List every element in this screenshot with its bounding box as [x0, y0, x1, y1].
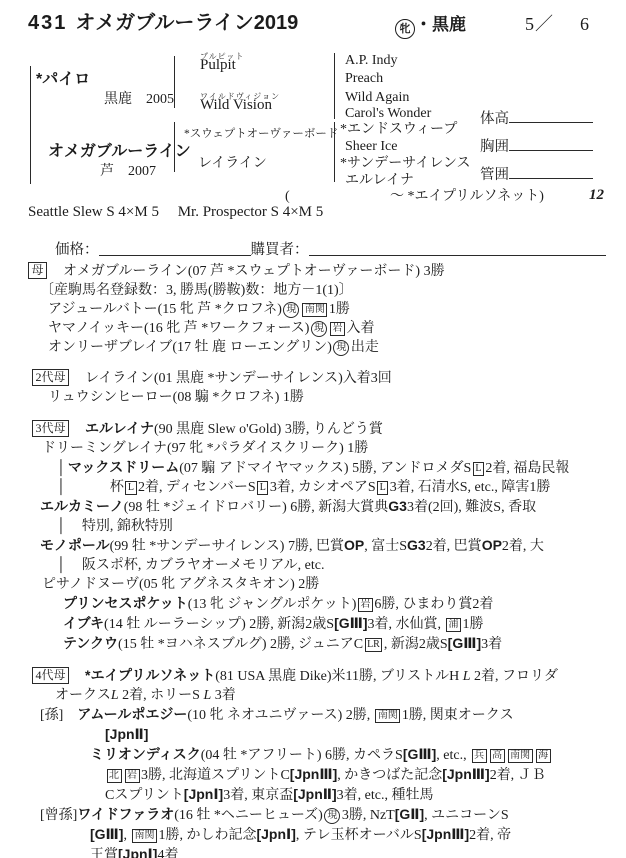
record-text: , 富士S: [364, 539, 407, 554]
section-label: 3代母: [32, 420, 69, 437]
record-text: 王賞: [90, 848, 118, 858]
record-text: [JpnⅠ]: [118, 846, 157, 858]
record-text: , 新潟2歳S: [384, 637, 448, 652]
section-label: 母: [28, 262, 47, 279]
region-badge: 岩: [358, 598, 373, 612]
measurement-label: 体高: [480, 110, 509, 129]
record-text: プリンセスポケット: [63, 595, 188, 611]
record-text: ピサノドヌーヴ(05 牝 アグネスタキオン) 2勝: [42, 577, 319, 592]
record-text: 1勝: [329, 302, 350, 317]
record-text: リュウシンヒーロー(08 騸 *クロフネ) 1勝: [48, 390, 304, 405]
record-text: 3勝, NzT: [342, 808, 395, 823]
record-text: L: [463, 669, 471, 684]
record-text: [JpnⅠ]: [184, 786, 223, 802]
record-text: 3着, カシオペアS: [270, 480, 376, 495]
record-line: ピサノドヌーヴ(05 牝 アグネスタキオン) 2勝: [28, 575, 622, 594]
record-text: (16 牡 *ヘニーヒューズ): [174, 808, 323, 823]
record-text: オークス: [55, 688, 111, 703]
sire-color-year: 黒鹿 2005: [104, 90, 174, 109]
record-text: エルレイナ: [85, 420, 154, 436]
record-text: [JpnⅢ]: [422, 826, 469, 842]
family-number: 12: [589, 186, 604, 205]
sire-branch-line: [174, 56, 175, 108]
record-text: G3: [388, 498, 407, 514]
dam-color-year: 芦 2007: [100, 162, 156, 181]
record-text: ヤマノイッキー(16 牝 芦 *ワークフォース): [48, 321, 309, 336]
region-badge: 北: [107, 769, 122, 783]
record-text: 2着, フロリダ: [471, 669, 559, 684]
record-text: 2着, ＪＢ: [490, 768, 546, 783]
record-line: │ 特別, 錦秋特別: [28, 517, 622, 536]
record-text: [JpnⅢ]: [290, 766, 337, 782]
record-text: , かきつばた記念: [337, 768, 442, 783]
record-text: (07 騸 アドマイヤマックス) 5勝, アンドロメダS: [179, 461, 471, 476]
sire-ss: A.P. Indy: [345, 51, 398, 70]
record-line: [JpnⅡ]: [28, 725, 622, 745]
record-line: │マックスドリーム(07 騸 アドマイヤマックス) 5勝, アンドロメダSL2着…: [28, 458, 622, 478]
record-text: OP: [482, 537, 502, 553]
sire-grandparents-line: [334, 53, 335, 119]
measurement-label: 管囲: [480, 166, 509, 185]
record-text: *エイプリルソネット: [85, 667, 215, 683]
region-badge: L: [377, 481, 388, 495]
record-text: (98 牡 *ジェイドロバリー) 6勝, 新潟大賞典: [124, 500, 389, 515]
record-text: 2着, 帝: [469, 828, 511, 843]
measurement-cannon: 管囲: [480, 164, 593, 185]
record-text: マックスドリーム: [68, 459, 179, 475]
record-text: Cスプリント: [105, 788, 184, 803]
family-records: 母 オメガブルーライン(07 芦 *スウェプトオーヴァーボード) 3勝〔産駒馬名…: [28, 262, 622, 858]
record-text: (15 牡 *ヨハネスブルグ) 2勝, ジュニアC: [118, 637, 363, 652]
record-text: (99 牡 *サンデーサイレンス) 7勝, 巴賞: [110, 539, 344, 554]
record-text: 3着, etc., 種牡馬: [337, 788, 434, 803]
dam-sire-name: *スウェプトオーヴァーボード: [184, 125, 338, 144]
record-text: イブキ: [63, 615, 104, 631]
record-line: │ 阪スポ杯, カブラヤオーメモリアル, etc.: [28, 556, 622, 575]
record-text: レイライン(01 黒鹿 *サンデーサイレンス)入着3回: [71, 371, 392, 386]
record-line: 3代母 エルレイナ(90 黒鹿 Slew o'Gold) 3勝, りんどう賞: [28, 419, 622, 439]
record-text: 特別, 錦秋特別: [68, 519, 173, 534]
record-text: , ユニコーンS: [424, 808, 509, 823]
record-line: 4代母 *エイプリルソネット(81 USA 黒鹿 Dike)米11勝, ブリスト…: [28, 666, 622, 686]
region-badge: 高: [490, 749, 505, 763]
record-text: 3着, 東京盃: [223, 788, 293, 803]
page-number: 5／: [525, 14, 554, 34]
pedigree-bracket-line: [30, 66, 31, 184]
record-text: エルカミーノ: [40, 498, 124, 514]
record-line: オークスL 2着, ホリーS L 3着: [28, 686, 622, 705]
region-badge: 海: [536, 749, 551, 763]
record-text: 2着, 福島民報: [485, 461, 569, 476]
section-label: 2代母: [32, 369, 69, 386]
record-text: │: [56, 519, 66, 534]
record-text: 3勝, 北海道スプリントC: [141, 768, 290, 783]
region-badge: L: [257, 481, 268, 495]
record-line: ヤマノイッキー(16 牝 芦 *ワークフォース)現岩入着: [28, 319, 622, 338]
region-badge: 南関: [508, 749, 533, 763]
record-text: オメガブルーライン(07 芦 *スウェプトオーヴァーボード) 3勝: [49, 264, 445, 279]
record-text: 3着: [211, 688, 236, 703]
record-line: 北岩3勝, 北海道スプリントC[JpnⅢ], かきつばた記念[JpnⅢ]2着, …: [28, 765, 622, 785]
family-tail-female-line: ～ *エイプリルソネット): [390, 187, 544, 206]
sex-coat: 牝・黒鹿: [395, 15, 466, 39]
record-text: ドリーミングレイナ(97 牝 *パラダイスクリーク) 1勝: [42, 441, 368, 456]
hip-number: 431: [28, 12, 67, 34]
record-text: │: [56, 461, 66, 476]
record-line: アジュールバトー(15 牝 芦 *クロフネ)現南関1勝: [28, 300, 622, 319]
sire-sd: Preach: [345, 69, 383, 88]
section-label: 4代母: [32, 667, 69, 684]
measurement-girth: 胸囲: [480, 136, 593, 157]
record-line: オンリーザブレイブ(17 牡 鹿 ローエングリン)現出走: [28, 338, 622, 357]
region-badge: L: [125, 481, 136, 495]
record-text: 入着: [346, 321, 374, 336]
record-text: [71, 422, 85, 437]
horse-name: オメガブルーライン2019: [75, 12, 298, 34]
record-text: アムールポエジー: [77, 706, 187, 722]
measurement-blank: [509, 136, 593, 151]
record-text: (81 USA 黒鹿 Dike)米11勝, ブリストルH: [215, 669, 463, 684]
record-line: リュウシンヒーロー(08 騸 *クロフネ) 1勝: [28, 388, 622, 407]
record-line: │ 杯L2着, ディセンバーSL3着, カシオペアSL3着, 石清水S, etc…: [28, 478, 622, 497]
dam-dam-name: レイライン: [198, 154, 267, 173]
region-badge: 浦: [446, 618, 461, 632]
record-text: ミリオンディスク: [90, 746, 201, 762]
record-text: オンリーザブレイブ(17 牡 鹿 ローエングリン): [48, 340, 332, 355]
record-text: G3: [407, 537, 426, 553]
record-text: 1勝: [463, 617, 484, 632]
dam-name: オメガブルーライン: [48, 142, 191, 161]
page-indicator: 5／6: [525, 15, 590, 34]
record-text: 1勝, 関東オークス: [402, 708, 514, 723]
pedigree-table: *パイロ 黒鹿 2005 プルピット Pulpit ワイルドヴィジョン Wild…: [28, 46, 618, 206]
buyer-blank: [309, 240, 606, 256]
record-text: [71, 669, 85, 684]
record-line: 2代母 レイライン(01 黒鹿 *サンデーサイレンス)入着3回: [28, 369, 622, 388]
record-text: (13 牝 ジャングルポケット): [188, 597, 357, 612]
record-text: 2着, 巴賞: [426, 539, 482, 554]
region-badge: 南関: [132, 829, 157, 843]
record-text: 2着, ディセンバーS: [138, 480, 256, 495]
record-text: ワイドファラオ: [77, 806, 174, 822]
record-line: エルカミーノ(98 牡 *ジェイドロバリー) 6勝, 新潟大賞典G33着(2回)…: [28, 497, 622, 517]
record-line: ドリーミングレイナ(97 牝 *パラダイスクリーク) 1勝: [28, 439, 622, 458]
record-text: 6勝, ひまわり賞2着: [374, 597, 493, 612]
record-text: 3着, 石清水S, etc., 障害1勝: [390, 480, 551, 495]
record-text: (90 黒鹿 Slew o'Gold) 3勝, りんどう賞: [154, 422, 383, 437]
record-line: 王賞[JpnⅠ]4着: [28, 845, 622, 858]
record-text: , テレ玉杯オーバルS: [296, 828, 422, 843]
record-line: 母 オメガブルーライン(07 芦 *スウェプトオーヴァーボード) 3勝: [28, 262, 622, 281]
active-badge: 現: [311, 321, 327, 337]
record-line: モノポール(99 牡 *サンデーサイレンス) 7勝, 巴賞OP, 富士SG32着…: [28, 536, 622, 556]
record-text: (14 牡 ルーラーシップ) 2勝, 新潟2歳S: [104, 617, 334, 632]
record-text: (04 牡 *アフリート) 6勝, カペラS: [201, 748, 403, 763]
region-badge: 兵: [472, 749, 487, 763]
active-badge: 現: [324, 808, 340, 824]
price-blank: [99, 240, 251, 256]
record-text: 4着: [157, 848, 178, 858]
active-badge: 現: [283, 302, 299, 318]
record-line: [孫] アムールポエジー(10 牝 ネオユニヴァース) 2勝, 南関1勝, 関東…: [28, 705, 622, 725]
record-line: ミリオンディスク(04 牡 *アフリート) 6勝, カペラS[GⅢ], etc.…: [28, 745, 622, 765]
record-line: Cスプリント[JpnⅠ]3着, 東京盃[JpnⅡ]3着, etc., 種牡馬: [28, 785, 622, 805]
measurement-label: 胸囲: [480, 138, 509, 157]
record-text: [GⅡ]: [395, 806, 424, 822]
page-total: 6: [580, 14, 590, 34]
record-text: [JpnⅡ]: [105, 726, 148, 742]
sire-sire-name: Pulpit: [200, 56, 236, 75]
record-line: 〔産駒馬名登録数：3, 勝馬(勝鞍)数：地方－1(1)〕: [28, 281, 622, 300]
record-text: 2着, 大: [502, 539, 544, 554]
record-text: 杯: [68, 480, 124, 495]
record-text: [GⅢ]: [448, 635, 481, 651]
record-text: (10 牝 ネオユニヴァース) 2勝,: [187, 708, 373, 723]
coat-color: ・黒鹿: [415, 15, 466, 34]
record-text: [孫]: [40, 708, 77, 723]
measurement-height: 体高: [480, 108, 593, 129]
record-text: モノポール: [40, 537, 110, 553]
record-text: │: [56, 480, 66, 495]
record-line: プリンセスポケット(13 牝 ジャングルポケット)岩6勝, ひまわり賞2着: [28, 594, 622, 614]
region-badge: L: [473, 462, 484, 476]
record-text: 3着: [481, 637, 502, 652]
record-text: 2着, ホリーS: [119, 688, 204, 703]
region-badge: 岩: [125, 769, 140, 783]
region-badge: 岩: [330, 322, 345, 336]
active-badge: 現: [333, 340, 349, 356]
record-text: [JpnⅠ]: [256, 826, 295, 842]
record-text: [JpnⅡ]: [293, 786, 336, 802]
record-text: [曾孫]: [40, 808, 77, 823]
record-line: [GⅢ], 南関1勝, かしわ記念[JpnⅠ], テレ玉杯オーバルS[JpnⅢ]…: [28, 825, 622, 845]
region-badge: 南関: [302, 303, 327, 317]
record-line: テンクウ(15 牡 *ヨハネスブルグ) 2勝, ジュニアCLR, 新潟2歳S[G…: [28, 634, 622, 654]
record-text: 1勝, かしわ記念: [158, 828, 256, 843]
record-text: [JpnⅢ]: [442, 766, 489, 782]
sex-circle-icon: 牝: [395, 19, 415, 39]
header: 431オメガブルーライン2019 牝・黒鹿 5／6: [28, 14, 616, 40]
buyer-label: 購買者：: [251, 242, 309, 258]
sire-dam-name: Wild Vision: [200, 96, 272, 115]
record-text: ,: [123, 828, 130, 843]
record-text: OP: [344, 537, 364, 553]
record-text: L: [111, 688, 119, 703]
record-text: 3着(2回), 難波S, 香取: [407, 500, 536, 515]
record-text: 3着, 水仙賞,: [368, 617, 445, 632]
record-text: アジュールバトー(15 牝 芦 *クロフネ): [48, 302, 282, 317]
record-text: 阪スポ杯, カブラヤオーメモリアル, etc.: [68, 558, 325, 573]
region-badge: LR: [365, 638, 383, 652]
sale-form: 価格：購買者：: [55, 240, 618, 260]
inbreeding-note: Seattle Slew S 4×M 5 Mr. Prospector S 4×…: [28, 203, 323, 222]
record-text: 〔産駒馬名登録数：3, 勝馬(勝鞍)数：地方－1(1)〕: [40, 283, 353, 298]
record-text: , etc.,: [436, 748, 470, 763]
record-text: テンクウ: [63, 635, 118, 651]
catalog-page: 431オメガブルーライン2019 牝・黒鹿 5／6 *パイロ 黒鹿 2005 プ…: [0, 0, 626, 858]
record-text: [GⅢ]: [403, 746, 436, 762]
record-text: [GⅢ]: [90, 826, 123, 842]
measurement-blank: [509, 108, 593, 123]
sire-name: *パイロ: [36, 70, 90, 89]
record-text: 出走: [351, 340, 379, 355]
price-label: 価格：: [55, 242, 99, 258]
record-text: │: [56, 558, 66, 573]
record-text: [GⅢ]: [334, 615, 367, 631]
region-badge: 南関: [375, 709, 400, 723]
record-line: [曾孫]ワイドファラオ(16 牡 *ヘニーヒューズ)現3勝, NzT[GⅡ], …: [28, 805, 622, 825]
record-line: イブキ(14 牡 ルーラーシップ) 2勝, 新潟2歳S[GⅢ]3着, 水仙賞, …: [28, 614, 622, 634]
measurement-blank: [509, 164, 593, 179]
